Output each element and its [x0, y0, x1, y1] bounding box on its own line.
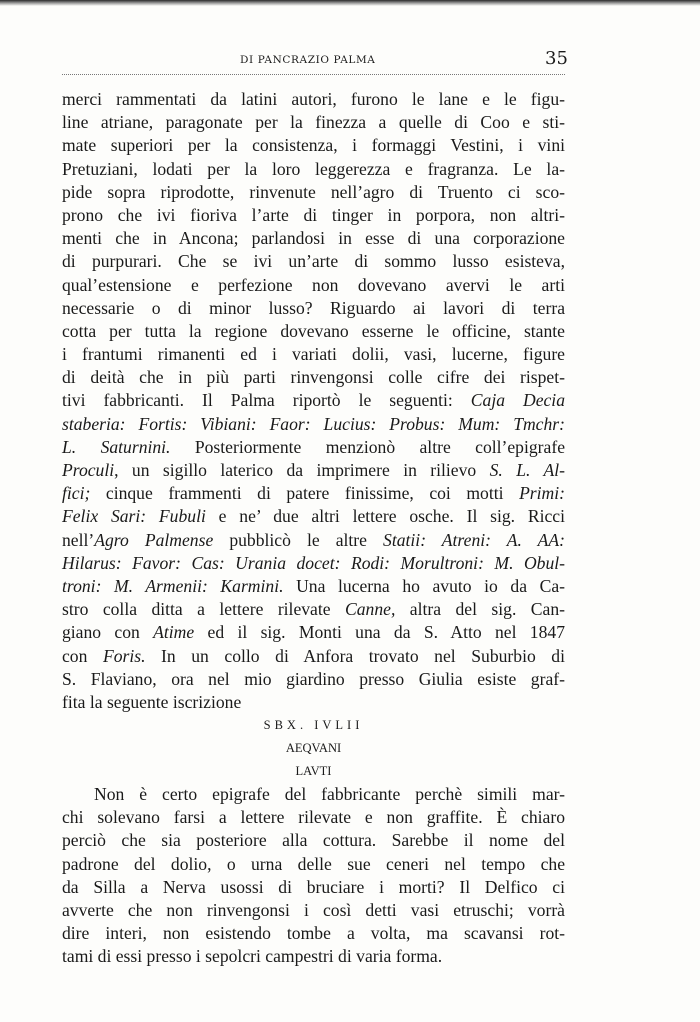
text-span: e ne’ due altri lettere osche. Il sig. R…: [206, 506, 565, 526]
italic-span: Hilarus: Favor: Cas: Urania docet: Rodi:…: [62, 553, 565, 573]
text-line: S. Flaviano, ora nel mio giardino presso…: [62, 668, 565, 691]
italic-span: fici;: [62, 483, 90, 503]
text-line: fici; cinque frammenti di patere finissi…: [62, 482, 565, 505]
text-line: giano con Atime ed il sig. Monti una da …: [62, 621, 565, 644]
text-line: tami di essi presso i sepolcri campestri…: [62, 945, 565, 968]
inscription-line-1: SBX. IVLII: [62, 714, 565, 737]
text-line: staberia: Fortis: Vibiani: Faor: Lucius:…: [62, 413, 565, 436]
text-line: dire interi, non esistendo tombe a volta…: [62, 922, 565, 945]
text-line: nell’Agro Palmense pubblicò le altre Sta…: [62, 529, 565, 552]
text-line: L. Saturnini. Posteriormente menzionò al…: [62, 436, 565, 459]
text-line: prono che ivi fioriva l’arte di tinger i…: [62, 204, 565, 227]
text-span: menti che in Ancona; parlandosi in esse …: [62, 228, 565, 248]
text-line: padrone del dolio, o urna delle sue cene…: [62, 853, 565, 876]
text-line: mate superiori per la consistenza, i for…: [62, 134, 565, 157]
text-line: Proculi, un sigillo laterico da imprimer…: [62, 459, 565, 482]
text-span: In un collo di Anfora trovato nel Suburb…: [146, 646, 566, 666]
italic-span: Atime: [153, 622, 194, 642]
running-head: DI PANCRAZIO PALMA: [240, 54, 375, 66]
italic-span: Proculi: [62, 460, 114, 480]
text-span: con: [62, 646, 103, 666]
text-line: fita la seguente iscrizione: [62, 691, 565, 714]
text-line: Hilarus: Favor: Cas: Urania docet: Rodi:…: [62, 552, 565, 575]
text-span: cotta per tutta la regione dovevano esse…: [62, 321, 565, 341]
text-span: ed il sig. Monti una da S. Atto nel 1847: [194, 622, 565, 642]
text-line: di deità che in più parti rinvengonsi co…: [62, 366, 565, 389]
text-line: chi solevano farsi a lettere rilevate e …: [62, 806, 565, 829]
italic-span: Statii: Atreni: A. AA:: [383, 530, 565, 550]
text-span: chi solevano farsi a lettere rilevate e …: [62, 807, 565, 827]
italic-span: Agro Palmense: [94, 530, 213, 550]
page-body: merci rammentati da latini autori, furon…: [62, 88, 565, 969]
text-span: Posteriormente menzionò altre coll’epigr…: [170, 437, 565, 457]
text-line: tivi fabbricanti. Il Palma riportò le se…: [62, 389, 565, 412]
italic-span: Foris.: [103, 646, 146, 666]
text-line: da Silla a Nerva usossi di bruciare i mo…: [62, 876, 565, 899]
text-line: troni: M. Armenii: Karmini. Una lucerna …: [62, 575, 565, 598]
text-line: merci rammentati da latini autori, furon…: [62, 88, 565, 111]
text-span: mate superiori per la consistenza, i for…: [62, 135, 565, 155]
italic-span: Caja Decia: [471, 390, 565, 410]
text-line: di purpurari. Che se ivi un’arte di somm…: [62, 250, 565, 273]
page-number: 35: [545, 48, 568, 69]
text-span: Una lucerna ho avuto io da Ca-: [284, 576, 566, 596]
text-span: qual’estensione e perfezione non dovevan…: [62, 275, 565, 295]
text-span: da Silla a Nerva usossi di bruciare i mo…: [62, 877, 565, 897]
text-line: qual’estensione e perfezione non dovevan…: [62, 274, 565, 297]
text-span: pide sopra riprodotte, rinvenute nell’ag…: [62, 182, 565, 202]
paragraph-2: Non è certo epigrafe del fabbricante per…: [62, 783, 565, 969]
text-span: i frantumi rimanenti ed i variati dolii,…: [62, 344, 565, 364]
text-line: necessarie o di minor lusso? Riguardo ai…: [62, 297, 565, 320]
text-line: menti che in Ancona; parlandosi in esse …: [62, 227, 565, 250]
text-span: , un sigillo laterico da imprimere in ri…: [114, 460, 490, 480]
text-span: dire interi, non esistendo tombe a volta…: [62, 923, 565, 943]
text-line: line atriane, paragonate per la finezza …: [62, 111, 565, 134]
text-span: necessarie o di minor lusso? Riguardo ai…: [62, 298, 565, 318]
header-rule: [62, 74, 565, 75]
text-span: di purpurari. Che se ivi un’arte di somm…: [62, 251, 565, 271]
italic-span: staberia: Fortis: Vibiani: Faor: Lucius:…: [62, 414, 565, 434]
text-line: avverte che non rinvengonsi i così detti…: [62, 899, 565, 922]
text-span: avverte che non rinvengonsi i così detti…: [62, 900, 565, 920]
text-span: altra del sig. Can-: [395, 599, 565, 619]
text-line: perciò che sia posteriore alla cottura. …: [62, 829, 565, 852]
italic-span: S. L. Al-: [490, 460, 565, 480]
italic-span: Primi:: [519, 483, 565, 503]
text-line: pide sopra riprodotte, rinvenute nell’ag…: [62, 181, 565, 204]
italic-span: L. Saturnini.: [62, 437, 170, 457]
text-span: nell’: [62, 530, 94, 550]
text-line: i frantumi rimanenti ed i variati dolii,…: [62, 343, 565, 366]
text-line: Felix Sari: Fubuli e ne’ due altri lette…: [62, 505, 565, 528]
text-span: Non è certo epigrafe del fabbricante per…: [94, 784, 565, 804]
text-span: cinque frammenti di patere finissime, co…: [90, 483, 519, 503]
text-line: cotta per tutta la regione dovevano esse…: [62, 320, 565, 343]
text-span: Pretuziani, lodati per la loro leggerezz…: [62, 159, 565, 179]
text-span: padrone del dolio, o urna delle sue cene…: [62, 854, 565, 874]
text-span: merci rammentati da latini autori, furon…: [62, 89, 565, 109]
text-span: prono che ivi fioriva l’arte di tinger i…: [62, 205, 565, 225]
italic-span: Canne,: [345, 599, 395, 619]
page-top-edge: [0, 0, 700, 6]
text-line: Non è certo epigrafe del fabbricante per…: [62, 783, 565, 806]
inscription-line-2: AEQVANI: [62, 737, 565, 760]
text-span: tami di essi presso i sepolcri campestri…: [62, 946, 442, 966]
text-span: pubblicò le altre: [213, 530, 383, 550]
text-span: tivi fabbricanti. Il Palma riportò le se…: [62, 390, 471, 410]
text-span: line atriane, paragonate per la finezza …: [62, 112, 565, 132]
italic-span: troni: M. Armenii: Karmini.: [62, 576, 284, 596]
inscription-line-3: LAVTI: [62, 760, 565, 783]
text-span: stro colla ditta a lettere rilevate: [62, 599, 345, 619]
text-span: S. Flaviano, ora nel mio giardino presso…: [62, 669, 565, 689]
paragraph-1: merci rammentati da latini autori, furon…: [62, 88, 565, 714]
italic-span: Felix Sari: Fubuli: [62, 506, 206, 526]
text-span: di deità che in più parti rinvengonsi co…: [62, 367, 565, 387]
text-line: stro colla ditta a lettere rilevate Cann…: [62, 598, 565, 621]
text-span: perciò che sia posteriore alla cottura. …: [62, 830, 565, 850]
text-line: con Foris. In un collo di Anfora trovato…: [62, 645, 565, 668]
text-span: fita la seguente iscrizione: [62, 692, 241, 712]
text-line: Pretuziani, lodati per la loro leggerezz…: [62, 158, 565, 181]
inscription: SBX. IVLII AEQVANI LAVTI: [62, 714, 565, 783]
text-span: giano con: [62, 622, 153, 642]
